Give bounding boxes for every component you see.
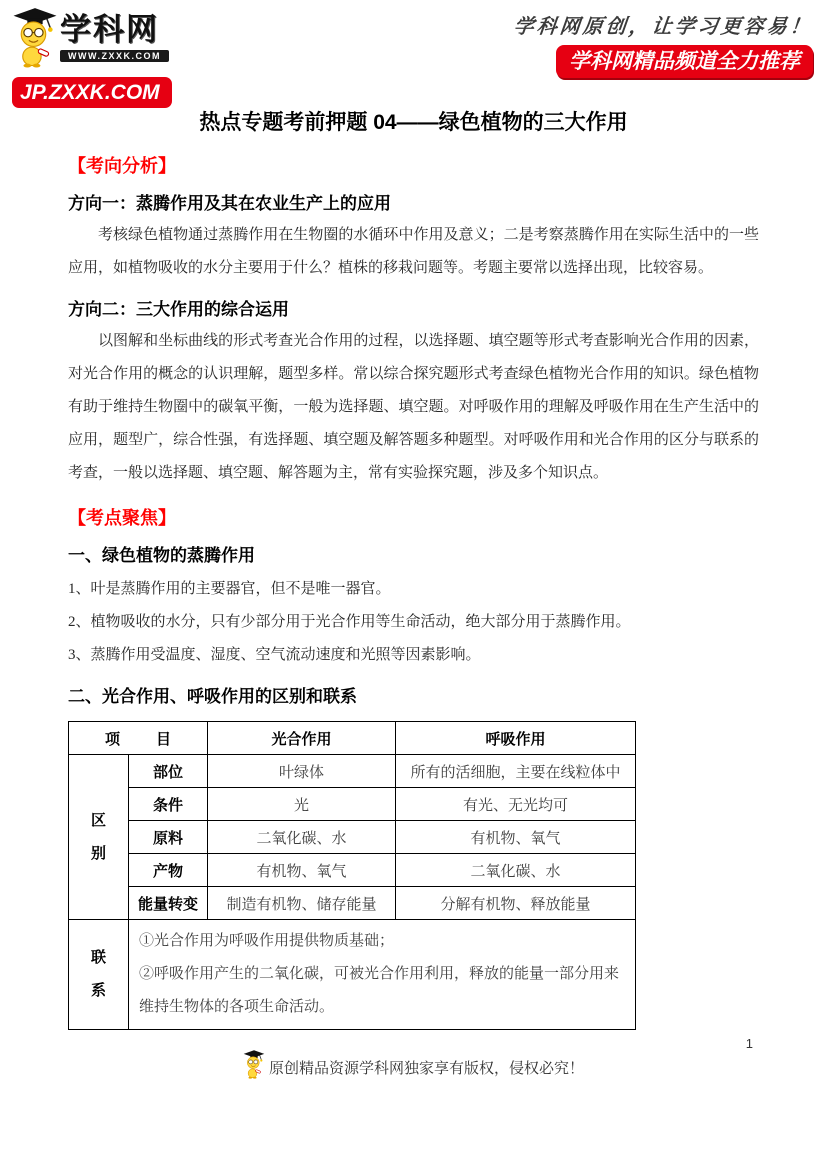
table-row-connection: 联系 ①光合作用为呼吸作用提供物质基础； ②呼吸作用产生的二氧化碳，可被光合作用… <box>69 920 636 1030</box>
row-label: 能量转变 <box>129 887 208 920</box>
page-footer: 原创精品资源学科网独家享有版权，侵权必究！ <box>0 1050 827 1084</box>
group-connection: 联系 <box>69 920 129 1030</box>
table-header-item: 项目 <box>69 722 208 755</box>
table-header-respiration: 呼吸作用 <box>396 722 636 755</box>
row-label: 产物 <box>129 854 208 887</box>
topic1-point: 2、植物吸收的水分，只有少部分用于光合作用等生命活动，绝大部分用于蒸腾作用。 <box>68 606 759 639</box>
table-row: 产物 有机物、氧气 二氧化碳、水 <box>69 854 636 887</box>
topic1-point: 3、蒸腾作用受温度、湿度、空气流动速度和光照等因素影响。 <box>68 639 759 672</box>
item-char: 目 <box>156 731 171 748</box>
mascot-icon <box>12 8 58 73</box>
cell-photosynthesis: 光 <box>208 788 396 821</box>
row-label: 条件 <box>129 788 208 821</box>
cell-respiration: 分解有机物、释放能量 <box>396 887 636 920</box>
cell-photosynthesis: 有机物、氧气 <box>208 854 396 887</box>
cell-respiration: 二氧化碳、水 <box>396 854 636 887</box>
header-right: 学科网原创，让学习更容易！ 学科网精品频道全力推荐 <box>514 10 813 78</box>
topic1-points: 1、叶是蒸腾作用的主要器官，但不是唯一器官。 2、植物吸收的水分，只有少部分用于… <box>68 573 759 672</box>
copyright-text: 原创精品资源学科网独家享有版权，侵权必究！ <box>269 1057 584 1078</box>
row-label: 原料 <box>129 821 208 854</box>
row-label: 部位 <box>129 755 208 788</box>
cell-respiration: 所有的活细胞，主要在线粒体中 <box>396 755 636 788</box>
page-title: 热点专题考前押题 04——绿色植物的三大作用 <box>68 108 759 138</box>
page-header: 学科网 WWW.ZXXK.COM JP.ZXXK.COM 学科网原创，让学习更容… <box>0 0 827 100</box>
site-slogan: 学科网原创，让学习更容易！ <box>512 10 814 39</box>
table-row: 原料 二氧化碳、水 有机物、氧气 <box>69 821 636 854</box>
comparison-table: 项目 光合作用 呼吸作用 区别 部位 叶绿体 所有的活细胞，主要在线粒体中 条件… <box>68 721 636 1030</box>
connection-line: ①光合作用为呼吸作用提供物质基础； <box>139 925 625 958</box>
item-char: 项 <box>105 731 120 748</box>
heading-direction2: 方向二：三大作用的综合运用 <box>68 298 759 322</box>
heading-focus: 【考点聚焦】 <box>68 505 759 531</box>
mascot-icon <box>243 1050 265 1084</box>
topic1-point: 1、叶是蒸腾作用的主要器官，但不是唯一器官。 <box>68 573 759 606</box>
cell-respiration: 有机物、氧气 <box>396 821 636 854</box>
jp-zxxk-badge: JP.ZXXK.COM <box>12 77 172 108</box>
site-url: WWW.ZXXK.COM <box>60 50 169 62</box>
cell-respiration: 有光、无光均可 <box>396 788 636 821</box>
paragraph-direction1: 考核绿色植物通过蒸腾作用在生物圈的水循环中作用及意义；二是考察蒸腾作用在实际生活… <box>68 219 759 285</box>
table-row: 能量转变 制造有机物、储存能量 分解有机物、释放能量 <box>69 887 636 920</box>
connection-line: ②呼吸作用产生的二氧化碳，可被光合作用利用，释放的能量一部分用来维持生物体的各项… <box>139 958 625 1024</box>
cell-photosynthesis: 制造有机物、储存能量 <box>208 887 396 920</box>
heading-topic2: 二、光合作用、呼吸作用的区别和联系 <box>68 685 759 709</box>
connection-content: ①光合作用为呼吸作用提供物质基础； ②呼吸作用产生的二氧化碳，可被光合作用利用，… <box>129 920 636 1030</box>
heading-topic1: 一、绿色植物的蒸腾作用 <box>68 544 759 568</box>
cell-photosynthesis: 叶绿体 <box>208 755 396 788</box>
document-body: 热点专题考前押题 04——绿色植物的三大作用 【考向分析】 方向一：蒸腾作用及其… <box>0 108 827 1030</box>
heading-direction1: 方向一：蒸腾作用及其在农业生产上的应用 <box>68 192 759 216</box>
document-page: { "header": { "logo": { "site_name": "学科… <box>0 0 827 1169</box>
site-name: 学科网 <box>60 14 169 46</box>
site-logo: 学科网 WWW.ZXXK.COM JP.ZXXK.COM <box>12 8 172 108</box>
table-header-row: 项目 光合作用 呼吸作用 <box>69 722 636 755</box>
paragraph-direction2: 以图解和坐标曲线的形式考查光合作用的过程，以选择题、填空题等形式考查影响光合作用… <box>68 325 759 490</box>
table-row: 区别 部位 叶绿体 所有的活细胞，主要在线粒体中 <box>69 755 636 788</box>
table-row: 条件 光 有光、无光均可 <box>69 788 636 821</box>
heading-exam-analysis: 【考向分析】 <box>68 153 759 179</box>
cell-photosynthesis: 二氧化碳、水 <box>208 821 396 854</box>
group-difference: 区别 <box>69 755 129 920</box>
promo-banner: 学科网精品频道全力推荐 <box>556 45 813 78</box>
table-header-photosynthesis: 光合作用 <box>208 722 396 755</box>
page-number: 1 <box>746 1036 753 1051</box>
